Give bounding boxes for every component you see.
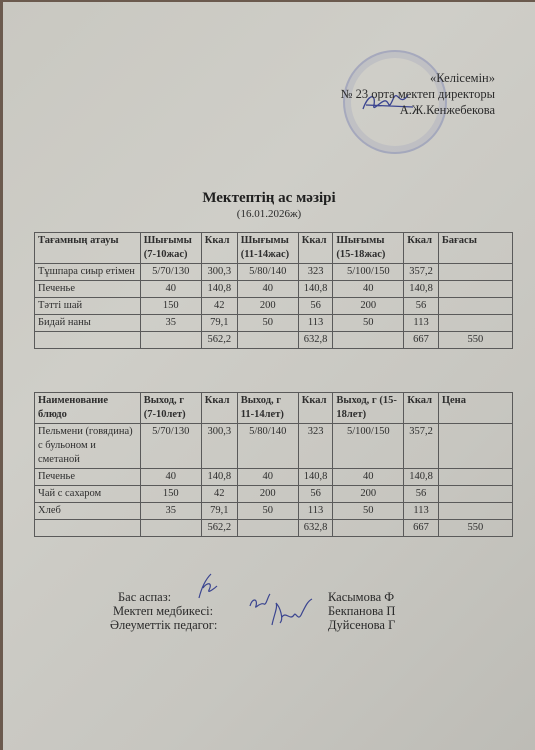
table-cell: 550: [438, 520, 512, 537]
table-cell: 200: [333, 298, 404, 315]
signature-name: Бекпанова П: [328, 604, 395, 618]
table-cell: 40: [140, 281, 201, 298]
table-cell: [140, 520, 201, 537]
table-total-row: 562,2632,8667550: [35, 520, 513, 537]
table-cell: 667: [404, 520, 439, 537]
table-row: Тұшпара сиыр етімен5/70/130300,35/80/140…: [35, 264, 513, 281]
dish-name-cell: [35, 520, 141, 537]
table-cell: [237, 520, 298, 537]
menu-date: (16.01.2026ж): [3, 208, 535, 220]
table-cell: 140,8: [201, 281, 237, 298]
table-row: Тәтті шай150422005620056: [35, 298, 513, 315]
signature-role: Бас аспаз:: [118, 590, 171, 604]
table-cell: 200: [333, 486, 404, 503]
table-cell: 50: [237, 315, 298, 332]
table-cell: 5/70/130: [140, 264, 201, 281]
table-cell: 35: [140, 315, 201, 332]
column-header: Цена: [438, 393, 512, 424]
signature-name: Касымова Ф: [328, 590, 394, 604]
table-cell: [438, 264, 512, 281]
column-header: Бағасы: [438, 233, 512, 264]
column-header: Шығымы (11-14жас): [237, 233, 298, 264]
dish-name-cell: Печенье: [35, 469, 141, 486]
signature-role: Әлеуметтік педагог:: [110, 618, 217, 632]
table-header-row: Тағамның атауыШығымы (7-10жас)КкалШығымы…: [35, 233, 513, 264]
signature-name: Дуйсенова Г: [328, 618, 395, 632]
table-cell: 323: [298, 424, 333, 469]
table-cell: [140, 332, 201, 349]
chef-signature-icon: [193, 572, 219, 600]
table-cell: 140,8: [404, 281, 439, 298]
table-cell: 113: [298, 315, 333, 332]
table-cell: 550: [438, 332, 512, 349]
table-cell: 562,2: [201, 332, 237, 349]
column-header: Выход, г 11-14лет): [237, 393, 298, 424]
column-header: Выход, г (15-18лет): [333, 393, 404, 424]
table-cell: 40: [140, 469, 201, 486]
table-row: Печенье40140,840140,840140,8: [35, 469, 513, 486]
table-cell: [438, 281, 512, 298]
table-cell: 113: [298, 503, 333, 520]
table-header-row: Наименование блюдоВыход, г (7-10лет)Ккал…: [35, 393, 513, 424]
table-cell: 35: [140, 503, 201, 520]
table-cell: 40: [237, 469, 298, 486]
signature-role: Мектеп медбикесі:: [113, 604, 213, 618]
table-cell: 140,8: [201, 469, 237, 486]
table-cell: 5/100/150: [333, 264, 404, 281]
table-cell: 5/80/140: [237, 424, 298, 469]
dish-name-cell: Тұшпара сиыр етімен: [35, 264, 141, 281]
column-header: Ккал: [404, 393, 439, 424]
table-cell: 200: [237, 298, 298, 315]
table-cell: 79,1: [201, 315, 237, 332]
table-cell: 113: [404, 503, 439, 520]
table-cell: 562,2: [201, 520, 237, 537]
table-row: Печенье40140,840140,840140,8: [35, 281, 513, 298]
table-cell: 357,2: [404, 424, 439, 469]
table-cell: 140,8: [298, 469, 333, 486]
approval-line-director-name: А.Ж.Кенжебекова: [341, 102, 495, 118]
table-cell: 42: [201, 298, 237, 315]
table-row: Хлеб3579,15011350113: [35, 503, 513, 520]
table-cell: 300,3: [201, 264, 237, 281]
menu-table-kazakh: Тағамның атауыШығымы (7-10жас)КкалШығымы…: [34, 232, 513, 349]
table-cell: 50: [333, 315, 404, 332]
column-header: Выход, г (7-10лет): [140, 393, 201, 424]
column-header: Ккал: [298, 233, 333, 264]
table-cell: 140,8: [298, 281, 333, 298]
table-cell: 200: [237, 486, 298, 503]
table-cell: 50: [333, 503, 404, 520]
table-cell: 50: [237, 503, 298, 520]
column-header: Тағамның атауы: [35, 233, 141, 264]
dish-name-cell: Тәтті шай: [35, 298, 141, 315]
table-cell: 323: [298, 264, 333, 281]
page-title: Мектептің ас мәзірі: [3, 190, 535, 207]
approval-line-agreed: «Келісемін»: [341, 70, 495, 86]
dish-name-cell: Хлеб: [35, 503, 141, 520]
table-cell: 357,2: [404, 264, 439, 281]
dish-name-cell: Пельмени (говядина) с бульоном и сметано…: [35, 424, 141, 469]
approval-line-position: № 23 орта мектеп директоры: [341, 86, 495, 102]
column-header: Шығымы (15-18жас): [333, 233, 404, 264]
table-cell: [438, 315, 512, 332]
table-row: Пельмени (говядина) с бульоном и сметано…: [35, 424, 513, 469]
table-cell: [333, 332, 404, 349]
table-cell: 113: [404, 315, 439, 332]
table-cell: 632,8: [298, 520, 333, 537]
table-cell: 632,8: [298, 332, 333, 349]
pedagogue-signature-icon: [268, 597, 318, 629]
document-page: «Келісемін» № 23 орта мектеп директоры А…: [3, 2, 535, 750]
table-cell: [438, 503, 512, 520]
table-cell: [237, 332, 298, 349]
column-header: Ккал: [298, 393, 333, 424]
table-cell: 56: [298, 486, 333, 503]
column-header: Шығымы (7-10жас): [140, 233, 201, 264]
table-cell: 5/80/140: [237, 264, 298, 281]
column-header: Ккал: [201, 393, 237, 424]
table-cell: 40: [333, 281, 404, 298]
table-cell: 56: [404, 298, 439, 315]
table-cell: 56: [404, 486, 439, 503]
table-cell: [438, 469, 512, 486]
table-cell: [333, 520, 404, 537]
table-cell: 150: [140, 298, 201, 315]
dish-name-cell: [35, 332, 141, 349]
column-header: Ккал: [404, 233, 439, 264]
table-row: Бидай наны3579,15011350113: [35, 315, 513, 332]
dish-name-cell: Бидай наны: [35, 315, 141, 332]
table-cell: 40: [237, 281, 298, 298]
table-cell: 5/70/130: [140, 424, 201, 469]
dish-name-cell: Чай с сахаром: [35, 486, 141, 503]
table-cell: 5/100/150: [333, 424, 404, 469]
column-header: Ккал: [201, 233, 237, 264]
dish-name-cell: Печенье: [35, 281, 141, 298]
table-cell: 300,3: [201, 424, 237, 469]
column-header: Наименование блюдо: [35, 393, 141, 424]
table-row: Чай с сахаром150422005620056: [35, 486, 513, 503]
table-cell: 667: [404, 332, 439, 349]
table-cell: 40: [333, 469, 404, 486]
approval-block: «Келісемін» № 23 орта мектеп директоры А…: [341, 70, 495, 118]
table-total-row: 562,2632,8667550: [35, 332, 513, 349]
table-cell: [438, 298, 512, 315]
table-cell: 150: [140, 486, 201, 503]
table-cell: 56: [298, 298, 333, 315]
table-cell: [438, 424, 512, 469]
table-cell: 79,1: [201, 503, 237, 520]
table-cell: [438, 486, 512, 503]
menu-table-russian: Наименование блюдоВыход, г (7-10лет)Ккал…: [34, 392, 513, 537]
table-cell: 140,8: [404, 469, 439, 486]
table-cell: 42: [201, 486, 237, 503]
